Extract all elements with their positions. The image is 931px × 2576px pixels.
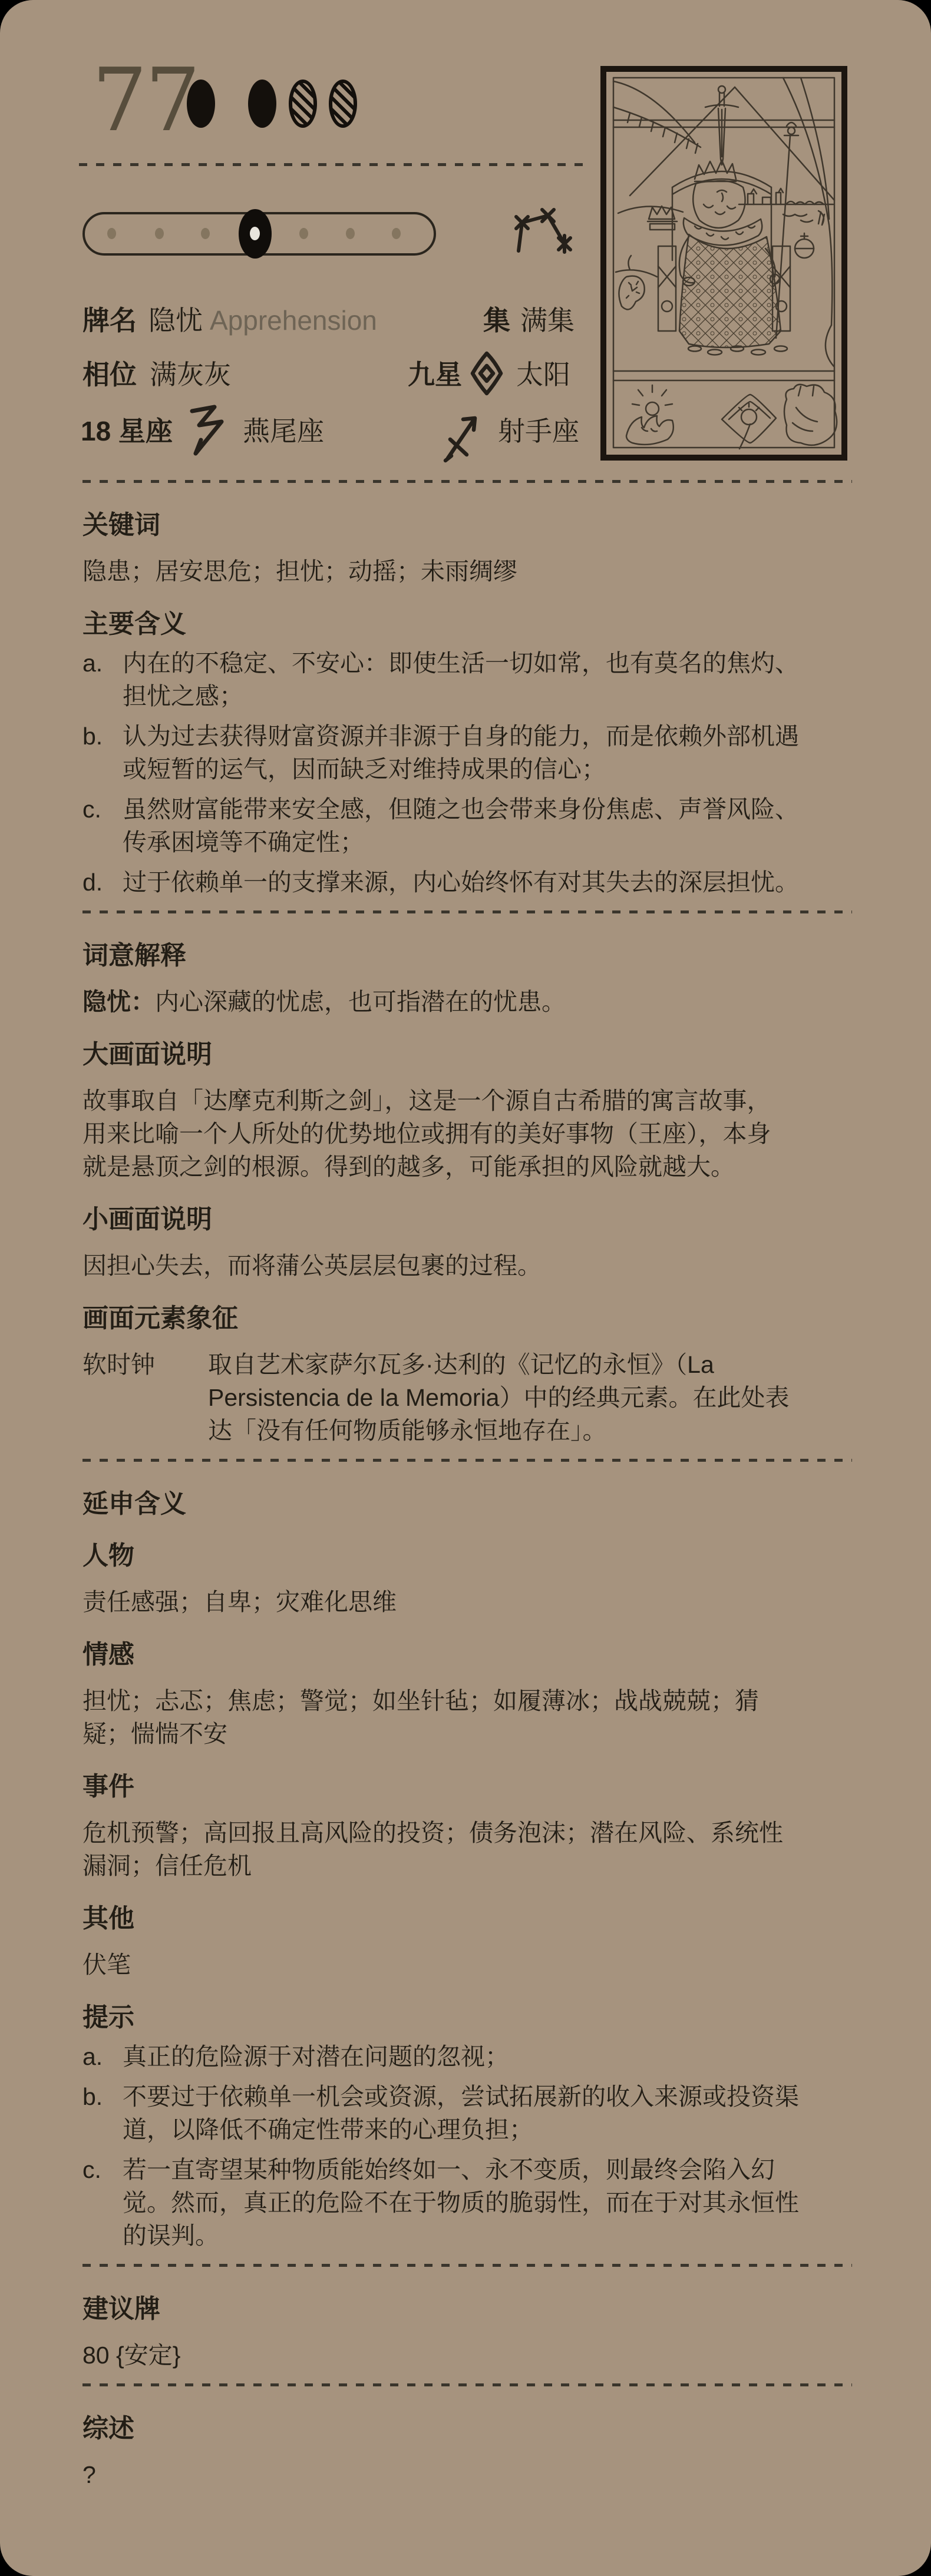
event-text: 危机预警；高回报且高风险的投资；债务泡沫；潜在风险、系统性 漏洞；信任危机 [82,1816,852,1882]
list-text: 认为过去获得财富资源并非源于自身的能力，而是依赖外部机遇 或短暂的运气，因而缺乏… [123,720,852,786]
symbol-term: 软时钟 [82,1348,208,1447]
section-title-symbols: 画面元素象征 [82,1303,852,1334]
section-title-keywords: 关键词 [82,510,852,541]
dashed-divider [82,910,852,913]
card-description: 关键词 隐患；居安思危；担忧；动摇；未雨绸缪 主要含义 a. 内在的不稳定、不安… [82,480,852,2491]
list-text: 内在的不稳定、不安心：即使生活一切如常，也有莫名的焦灼、 担忧之感； [123,647,852,713]
progress-dot[interactable] [346,228,355,239]
small-picture-text: 因担心失去，而将蒲公英层层包裹的过程。 [82,1249,852,1282]
tips-list: a. 真正的危险源于对潜在问题的忽视； b. 不要过于依赖单一机会或资源，尝试拓… [82,2040,852,2252]
list-item: c. 若一直寄望某种物质能始终如一、永不变质，则最终会陷入幻 觉。然而，真正的危… [82,2153,852,2252]
word-meaning-term: 隐忧： [82,988,155,1015]
king-throne-sword-drawing [606,72,841,455]
person-text: 责任感强；自卑；灾难化思维 [82,1585,852,1618]
emotion-text: 担忧；忐忑；焦虑；警觉；如坐针毡；如履薄冰；战战兢兢；猜 疑；惴惴不安 [82,1684,852,1750]
list-marker: c. [82,2153,123,2252]
card-detail-page: 77 [0,0,931,2576]
section-title-extended: 延申含义 [82,1489,852,1519]
filled-dot-icon [248,80,276,128]
section-title-big-picture: 大画面说明 [82,1039,852,1070]
diamond-icon [469,350,504,397]
list-marker: a. [82,647,123,713]
dashed-divider [82,2264,852,2267]
list-text: 真正的危险源于对潜在问题的忽视； [123,2040,852,2073]
list-marker: d. [82,866,123,899]
list-text: 虽然财富能带来安全感，但随之也会带来身份焦虑、声誉风险、 传承困境等不确定性； [123,793,852,859]
section-title-suggestion: 建议牌 [82,2294,852,2325]
hatched-dot-icon [329,80,357,128]
card-number: 77 [92,59,198,141]
progress-dot-center [250,227,260,240]
section-title-emotion: 情感 [82,1640,852,1670]
dashed-divider [79,163,589,166]
field-value-name-en: Apprehension [210,305,377,336]
section-title-small-picture: 小画面说明 [82,1204,852,1235]
word-meaning-definition: 内心深藏的忧虑，也可指潜在的忧患。 [155,988,566,1015]
list-text: 过于依赖单一的支撑来源，内心始终怀有对其失去的深层担忧。 [123,866,852,899]
section-title-tips: 提示 [82,2002,852,2033]
keywords-text: 隐患；居安思危；担忧；动摇；未雨绸缪 [82,555,852,588]
list-text: 不要过于依赖单一机会或资源，尝试拓展新的收入来源或投资渠 道，以降低不确定性带来… [123,2080,852,2146]
main-meanings-list: a. 内在的不稳定、不安心：即使生活一切如常，也有莫名的焦灼、 担忧之感； b.… [82,647,852,899]
list-marker: a. [82,2040,123,2073]
dashed-divider [82,480,852,483]
field-label-nine-star: 九星 [408,359,462,390]
section-title-person: 人物 [82,1541,852,1571]
suggestion-text: 80 {安定} [82,2339,852,2372]
list-item: a. 内在的不稳定、不安心：即使生活一切如常，也有莫名的焦灼、 担忧之感； [82,647,852,713]
progress-dot[interactable] [201,228,210,239]
symbol-entry: 软时钟 取自艺术家萨尔瓦多·达利的《记忆的永恒》（La Persistencia… [82,1348,852,1447]
list-marker: b. [82,720,123,786]
list-marker: b. [82,2080,123,2146]
field-value-constellation: 燕尾座 [243,416,324,446]
field-label-name: 牌名 [82,305,137,336]
progress-dot[interactable] [155,228,164,239]
card-illustration [600,66,847,461]
list-item: c. 虽然财富能带来安全感，但随之也会带来身份焦虑、声誉风险、 传承困境等不确定… [82,793,852,859]
progress-dot[interactable] [392,228,401,239]
section-title-event: 事件 [82,1772,852,1802]
section-title-main-meanings: 主要含义 [82,609,852,640]
summary-text: ? [82,2458,852,2491]
field-label-phase: 相位 [82,359,137,390]
big-picture-text: 故事取自「达摩克利斯之剑」，这是一个源自古希腊的寓言故事， 用来比喻一个人所处的… [82,1084,852,1183]
progress-dot-active[interactable] [239,209,272,259]
constellation-icon [511,203,573,257]
progress-dot[interactable] [107,228,116,239]
dashed-divider [82,2383,852,2386]
progress-indicator[interactable] [82,212,436,256]
field-value-nine-star: 太阳 [516,359,570,390]
word-meaning-text: 隐忧：内心深藏的忧虑，也可指潜在的忧患。 [82,985,852,1018]
sagittarius-arrow-icon [441,409,481,463]
list-item: b. 认为过去获得财富资源并非源于自身的能力，而是依赖外部机遇 或短暂的运气，因… [82,720,852,786]
section-title-other: 其他 [82,1903,852,1934]
filled-dot-icon [187,80,215,128]
zigzag-icon [186,404,227,456]
section-title-summary: 综述 [82,2413,852,2444]
dashed-divider [82,1459,852,1462]
field-label-constellation: 18 星座 [81,416,173,446]
field-label-set: 集 [483,305,510,336]
hatched-dot-icon [289,80,317,128]
field-value-name: 隐忧 [148,305,203,336]
list-item: b. 不要过于依赖单一机会或资源，尝试拓展新的收入来源或投资渠 道，以降低不确定… [82,2080,852,2146]
symbol-definition: 取自艺术家萨尔瓦多·达利的《记忆的永恒》（La Persistencia de … [208,1348,852,1447]
list-text: 若一直寄望某种物质能始终如一、永不变质，则最终会陷入幻 觉。然而，真正的危险不在… [123,2153,852,2252]
list-item: d. 过于依赖单一的支撑来源，内心始终怀有对其失去的深层担忧。 [82,866,852,899]
field-value-phase: 满灰灰 [150,359,231,390]
field-value-zodiac: 射手座 [498,416,579,446]
list-marker: c. [82,793,123,859]
progress-dot[interactable] [299,228,308,239]
list-item: a. 真正的危险源于对潜在问题的忽视； [82,2040,852,2073]
section-title-word-meaning: 词意解释 [82,941,852,971]
field-value-set: 满集 [520,305,575,336]
other-text: 伏笔 [82,1948,852,1981]
